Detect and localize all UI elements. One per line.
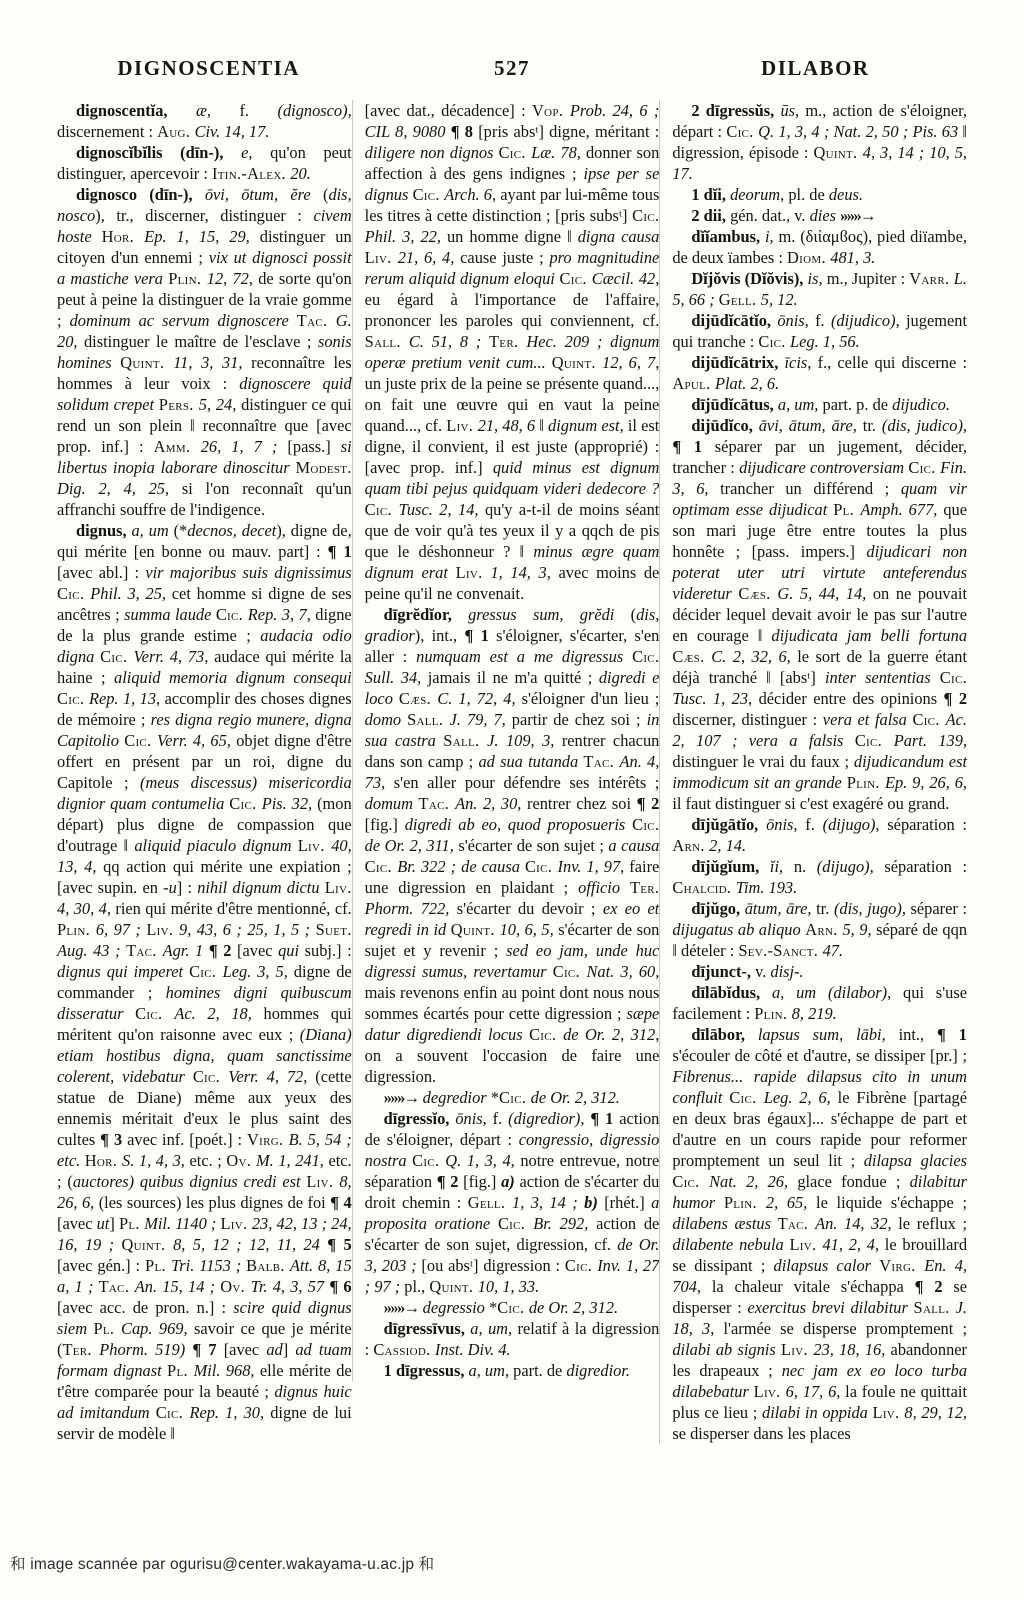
running-head-right-word: DILABOR bbox=[664, 56, 967, 81]
dictionary-paragraph: dījŭgo, ātum, āre, tr. (dis, jugo), sépa… bbox=[672, 898, 967, 961]
column-2: [avec dat., décadence] : Vop. Prob. 24, … bbox=[352, 100, 660, 1381]
dictionary-paragraph: 2 dii, gén. dat., v. dies »»»→ bbox=[672, 205, 967, 226]
dictionary-paragraph: dīlābĭdus, a, um (dilabor), qui s'use fa… bbox=[672, 982, 967, 1024]
dictionary-paragraph: dijūdĭcātrix, īcis, f., celle qui discer… bbox=[672, 352, 967, 394]
running-head: DIGNOSCENTIA 527 DILABOR bbox=[0, 0, 1024, 81]
dictionary-paragraph: 1 dĭi, deorum, pl. de deus. bbox=[672, 184, 967, 205]
dictionary-paragraph: dignoscentĭa, æ, f. (dignosco), discerne… bbox=[57, 100, 352, 142]
dictionary-paragraph: dījūdĭcātus, a, um, part. p. de dijudico… bbox=[672, 394, 967, 415]
column-3: 2 dīgressŭs, ūs, m., action de s'éloigne… bbox=[659, 100, 967, 1444]
dictionary-paragraph: Dĭjŏvis (Dĭŏvis), is, m., Jupiter : Varr… bbox=[672, 268, 967, 310]
page-number: 527 bbox=[360, 56, 663, 81]
dictionary-paragraph: dignosco (dīn-), ōvi, ōtum, ĕre (dis, no… bbox=[57, 184, 352, 520]
dictionary-paragraph: dījunct-, v. disj-. bbox=[672, 961, 967, 982]
dictionary-paragraph: dīlābor, lapsus sum, lābi, int., ¶ 1 s'é… bbox=[672, 1024, 967, 1444]
dictionary-paragraph: dījŭgātĭo, ōnis, f. (dijugo), séparation… bbox=[672, 814, 967, 856]
scan-credit: 和 image scannée par ogurisu@center.wakay… bbox=[10, 1552, 434, 1574]
derivation-note: »»»→degredior *Cic. de Or. 2, 312. bbox=[365, 1087, 660, 1108]
dictionary-paragraph: dĭĭambus, i, m. (διίαμϐος), pied diïambe… bbox=[672, 226, 967, 268]
dictionary-paragraph: dīgressīvus, a, um, relatif à la digress… bbox=[365, 1318, 660, 1360]
dictionary-paragraph: dignus, a, um (*decnos, decet), digne de… bbox=[57, 520, 352, 1444]
dictionary-page: DIGNOSCENTIA 527 DILABOR dignoscentĭa, æ… bbox=[0, 0, 1024, 1600]
derivation-arrow-icon: »»»→ bbox=[384, 1298, 423, 1317]
dictionary-paragraph: [avec dat., décadence] : Vop. Prob. 24, … bbox=[365, 100, 660, 604]
running-head-left-word: DIGNOSCENTIA bbox=[57, 56, 360, 81]
derivation-arrow-icon: »»»→ bbox=[384, 1088, 423, 1107]
dictionary-paragraph: dīgrĕdĭor, gressus sum, grĕdi (dis, grad… bbox=[365, 604, 660, 1087]
dictionary-paragraph: dijūdĭco, āvi, ātum, āre, tr. (dis, judi… bbox=[672, 415, 967, 814]
dictionary-paragraph: dijūdĭcātĭo, ōnis, f. (dijudico), jugeme… bbox=[672, 310, 967, 352]
column-1: dignoscentĭa, æ, f. (dignosco), discerne… bbox=[57, 100, 352, 1444]
dictionary-paragraph: 1 dīgressus, a, um, part. de digredior. bbox=[365, 1360, 660, 1381]
dictionary-paragraph: dīgressĭo, ōnis, f. (digredior), ¶ 1 act… bbox=[365, 1108, 660, 1297]
dictionary-paragraph: dījŭgĭum, ĭi, n. (dijugo), séparation : … bbox=[672, 856, 967, 898]
dictionary-paragraph: dignoscĭbĭlis (dīn-), e, qu'on peut dist… bbox=[57, 142, 352, 184]
derivation-arrow-icon: »»»→ bbox=[840, 206, 879, 225]
dictionary-paragraph: 2 dīgressŭs, ūs, m., action de s'éloigne… bbox=[672, 100, 967, 184]
derivation-note: »»»→degressio *Cic. de Or. 2, 312. bbox=[365, 1297, 660, 1318]
text-columns: dignoscentĭa, æ, f. (dignosco), discerne… bbox=[0, 81, 1024, 1444]
